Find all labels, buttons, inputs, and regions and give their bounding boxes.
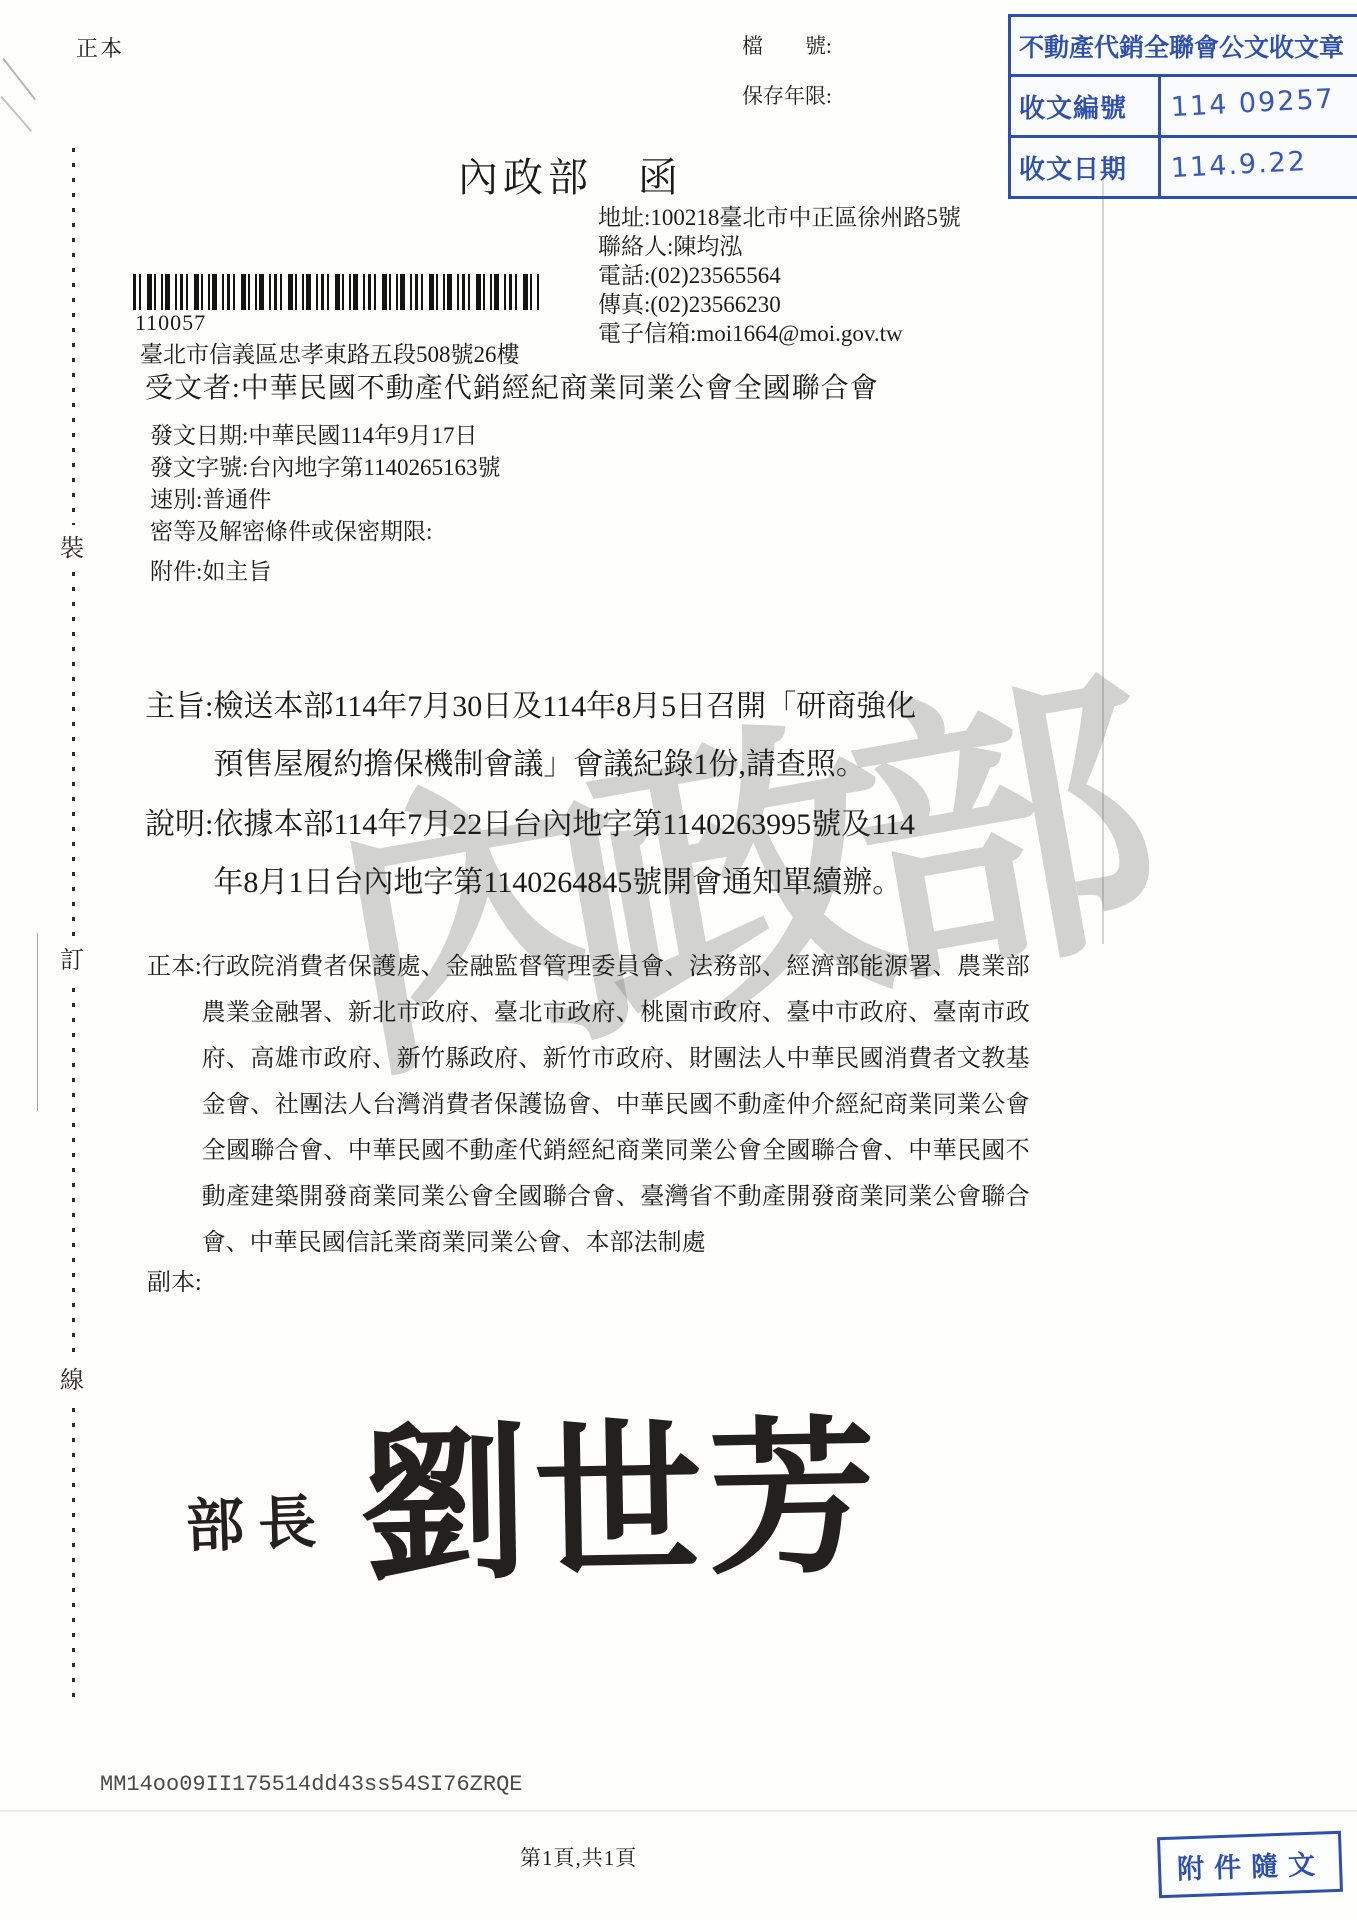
agency-address: 地址:100218臺北市中正區徐州路5號 bbox=[598, 203, 961, 232]
page-number: 第1頁,共1頁 bbox=[520, 1842, 637, 1872]
subject-paragraph: 主旨: 檢送本部114年7月30日及114年8月5日召開「研商強化預售屋履約擔保… bbox=[145, 678, 937, 794]
original-recipients-text: 行政院消費者保護處、金融監督管理委員會、法務部、經濟部能源署、農業部農業金融署、… bbox=[202, 944, 1030, 1266]
document-title: 內政部 函 bbox=[458, 146, 683, 203]
copy-recipients-label: 副本: bbox=[147, 1262, 202, 1297]
agency-fax: 傳真:(02)23566230 bbox=[598, 290, 961, 319]
agency-contact-block: 地址:100218臺北市中正區徐州路5號 聯絡人:陳均泓 電話:(02)2356… bbox=[598, 203, 961, 348]
receipt-number-value: 114 09257 bbox=[1160, 71, 1357, 140]
binding-mark-xian: 線 bbox=[60, 1360, 84, 1395]
document-tracking-code: MM14oo09II175514dd43ss54SI76ZRQE bbox=[100, 1772, 522, 1797]
explanation-text: 依據本部114年7月22日台內地字第1140263995號及114年8月1日台內… bbox=[213, 796, 937, 912]
signer-title: 部長 bbox=[185, 1474, 332, 1563]
agency-email: 電子信箱:moi1664@moi.gov.tw bbox=[598, 319, 961, 348]
corner-fold-mark bbox=[2, 58, 36, 100]
receipt-stamp: 不動產代銷全聯會公文收文章 收文編號 114 09257 收文日期 114.9.… bbox=[1008, 14, 1357, 199]
subject-text: 檢送本部114年7月30日及114年8月5日召開「研商強化預售屋履約擔保機制會議… bbox=[213, 678, 937, 794]
receipt-date-row: 收文日期 114.9.22 bbox=[1011, 135, 1357, 196]
recipient-mail-address: 臺北市信義區忠孝東路五段508號26樓 bbox=[140, 336, 520, 369]
speed-class: 速別:普通件 bbox=[150, 484, 501, 516]
copy-type-label: 正本 bbox=[76, 32, 124, 63]
receipt-date-value: 114.9.22 bbox=[1160, 132, 1357, 201]
receipt-stamp-title: 不動產代銷全聯會公文收文章 bbox=[1011, 17, 1357, 77]
binding-dotted-line bbox=[72, 148, 75, 525]
original-recipients-label: 正本: bbox=[147, 944, 202, 1266]
scan-edge-artifact bbox=[37, 933, 38, 1111]
security-class: 密等及解密條件或保密期限: bbox=[150, 516, 501, 548]
attachment-follows-stamp: 附件隨文 bbox=[1157, 1831, 1343, 1898]
addressee-line: 受文者:中華民國不動產代銷經紀商業同業公會全國聯合會 bbox=[145, 366, 879, 406]
binding-dotted-line bbox=[72, 1408, 75, 1708]
scanned-official-letter: 裝 訂 線 正本 檔 號: 保存年限: 不動產代銷全聯會公文收文章 收文編號 1… bbox=[0, 0, 1357, 1920]
subject-label: 主旨: bbox=[145, 678, 213, 794]
explanation-paragraph: 說明: 依據本部114年7月22日台內地字第1140263995號及114年8月… bbox=[145, 796, 937, 912]
binding-dotted-line bbox=[72, 988, 75, 1356]
agency-contact-person: 聯絡人:陳均泓 bbox=[598, 232, 961, 261]
issue-date: 發文日期:中華民國114年9月17日 bbox=[150, 420, 501, 452]
explanation-label: 說明: bbox=[145, 796, 213, 912]
scan-edge-artifact bbox=[0, 1810, 1357, 1812]
signature-block: 部長 劉世芳 bbox=[186, 1368, 882, 1609]
file-number-label: 檔 號: bbox=[742, 30, 832, 60]
attachment-note: 附件:如主旨 bbox=[150, 556, 501, 588]
receipt-number-row: 收文編號 114 09257 bbox=[1011, 77, 1357, 135]
signer-name-calligraphy: 劉世芳 bbox=[358, 1363, 884, 1613]
barcode-number: 110057 bbox=[135, 310, 206, 336]
original-recipients-paragraph: 正本: 行政院消費者保護處、金融監督管理委員會、法務部、經濟部能源署、農業部農業… bbox=[147, 944, 1030, 1266]
mailing-barcode bbox=[133, 274, 539, 310]
binding-mark-ding: 訂 bbox=[60, 940, 84, 975]
agency-phone: 電話:(02)23565564 bbox=[598, 261, 961, 290]
receipt-number-label: 收文編號 bbox=[1011, 77, 1161, 135]
binding-mark-zhuang: 裝 bbox=[60, 528, 84, 563]
binding-dotted-line bbox=[72, 572, 75, 936]
retention-period-label: 保存年限: bbox=[742, 80, 832, 110]
document-meta-block: 發文日期:中華民國114年9月17日 發文字號:台內地字第1140265163號… bbox=[150, 420, 501, 588]
receipt-date-label: 收文日期 bbox=[1011, 138, 1161, 196]
corner-fold-mark bbox=[0, 96, 32, 132]
doc-number: 發文字號:台內地字第1140265163號 bbox=[150, 452, 501, 484]
